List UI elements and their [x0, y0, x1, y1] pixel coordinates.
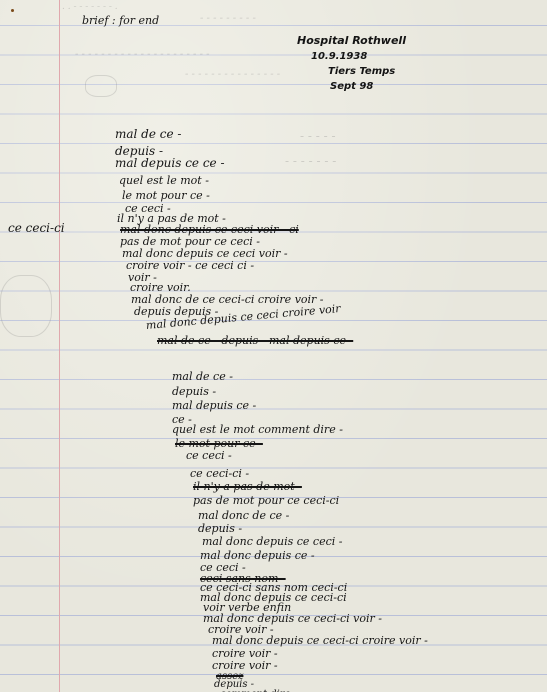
bleed-through-sketch: [0, 275, 52, 337]
header-line-4: Sept 98: [330, 81, 373, 92]
line: mal donc depuis ce ceci-ci croire voir -: [212, 635, 428, 646]
line: croire voir.: [130, 282, 191, 293]
line: croire voir -: [212, 660, 278, 671]
bleed-through-text: - - - - - - - - - - - - - - -: [185, 70, 280, 80]
line: mal de ce -: [115, 128, 181, 140]
line: mal donc de ce ceci-ci croire voir -: [131, 294, 324, 305]
line: mal depuis ce ce -: [115, 157, 225, 169]
manuscript-page: . . - - - - - - - . - - - - - - - - - - …: [0, 0, 547, 692]
line: mal de ce -: [172, 371, 233, 382]
bleed-through-text: - - - - - - - - - - - - - - - - - - - - …: [75, 50, 210, 60]
bleed-through-text: - - - - - - - - -: [200, 14, 256, 24]
bleed-through-smudge: [85, 75, 117, 97]
line: croire voir -: [212, 648, 278, 659]
line: pas de mot pour ce ceci-ci: [193, 495, 339, 506]
line-struck: mal donc depuis ce ceci voir - ci: [120, 224, 299, 235]
header-line-3: Tiers Temps: [328, 66, 395, 77]
line: quel est le mot -: [119, 175, 209, 186]
margin-note: ce ceci-ci: [8, 222, 65, 234]
header-line-2: 10.9.1938: [311, 51, 367, 62]
line: depuis -: [172, 386, 216, 397]
top-note: brief : for end: [82, 15, 159, 26]
red-margin-line: [59, 0, 60, 692]
line: mal donc depuis ce ceci -: [202, 536, 342, 547]
line: quel est le mot comment dire -: [172, 424, 343, 435]
line-struck: mal de ce - depuis - mal depuis ce -: [157, 335, 353, 346]
line: ce ceci -: [186, 450, 232, 461]
line: le mot pour ce -: [122, 190, 210, 201]
line: mal donc depuis ce ceci voir -: [122, 248, 288, 259]
line: depuis -: [198, 523, 242, 534]
bleed-through-text: - - - - -: [300, 130, 336, 142]
line: mal donc de ce -: [198, 510, 289, 521]
line: croire voir - ce ceci ci -: [126, 260, 254, 271]
header-line-1: Hospital Rothwell: [297, 34, 406, 47]
ink-speck: [11, 9, 14, 12]
line: mal donc depuis ce -: [200, 550, 315, 561]
line-struck: il n'y a pas de mot -: [193, 481, 302, 492]
bleed-through-text: - - - - - - -: [285, 155, 336, 167]
line: pas de mot pour ce ceci -: [120, 236, 260, 247]
bleed-through-text: . . - - - - - - - .: [62, 3, 118, 12]
line: ce ceci-ci -: [190, 468, 249, 479]
line-struck: le mot pour ce -: [175, 438, 263, 449]
line: mal depuis ce -: [172, 400, 256, 411]
